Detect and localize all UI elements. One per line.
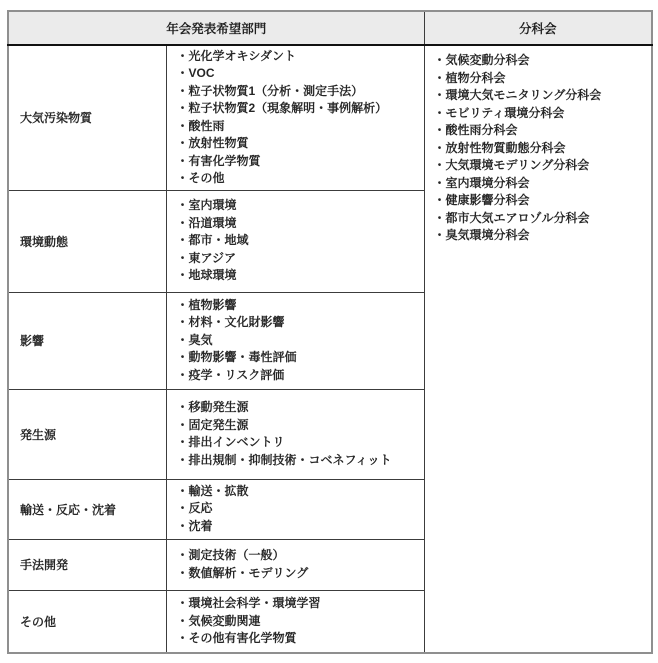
bullet-icon: ・ xyxy=(177,48,189,66)
items-cell: ・測定技術（一般） ・数値解析・モデリング xyxy=(166,539,424,590)
list-item: ・植物分科会 xyxy=(434,70,652,88)
item-label: 放射性物質 xyxy=(189,136,249,150)
subcommittee-label: モビリティ環境分科会 xyxy=(446,106,565,120)
list-item: ・材料・文化財影響 xyxy=(177,314,424,332)
category-label: 大気汚染物質 xyxy=(20,111,92,125)
category-label: 手法開発 xyxy=(20,558,68,572)
bullet-icon: ・ xyxy=(177,153,189,171)
item-label: 疫学・リスク評価 xyxy=(189,368,285,382)
list-item: ・移動発生源 xyxy=(177,399,424,417)
bullet-icon: ・ xyxy=(177,630,189,648)
bullet-icon: ・ xyxy=(177,267,189,285)
list-item: ・臭気環境分科会 xyxy=(434,227,652,245)
list-item: ・粒子状物質1（分析・測定手法） xyxy=(177,83,424,101)
bullet-icon: ・ xyxy=(434,157,446,175)
item-label: 材料・文化財影響 xyxy=(189,315,285,329)
bullet-icon: ・ xyxy=(177,547,189,565)
list-item: ・植物影響 xyxy=(177,297,424,315)
bullet-icon: ・ xyxy=(177,118,189,136)
bullet-icon: ・ xyxy=(177,332,189,350)
list-item: ・動物影響・毒性評価 xyxy=(177,349,424,367)
bullet-icon: ・ xyxy=(177,565,189,583)
list-item: ・都市大気エアロゾル分科会 xyxy=(434,210,652,228)
item-label: 粒子状物質2（現象解明・事例解析） xyxy=(189,101,388,115)
item-label: 環境社会科学・環境学習 xyxy=(189,596,321,610)
category-label: その他 xyxy=(20,615,56,629)
bullet-icon: ・ xyxy=(177,417,189,435)
bullet-icon: ・ xyxy=(177,367,189,385)
items-cell: ・輸送・拡散 ・反応 ・沈着 xyxy=(166,479,424,539)
item-label: 酸性雨 xyxy=(189,119,225,133)
item-label: 排出インベントリ xyxy=(189,435,285,449)
item-label: 移動発生源 xyxy=(189,400,249,414)
items-cell: ・移動発生源 ・固定発生源 ・排出インベントリ ・排出規制・抑制技術・コベネフィ… xyxy=(166,389,424,479)
bullet-icon: ・ xyxy=(177,483,189,501)
category-cell: 発生源 xyxy=(8,389,166,479)
items-cell: ・室内環境 ・沿道環境 ・都市・地域 ・東アジア ・地球環境 xyxy=(166,190,424,292)
list-item: ・その他 xyxy=(177,170,424,188)
category-label: 影響 xyxy=(20,334,44,348)
bullet-icon: ・ xyxy=(177,349,189,367)
item-label: 排出規制・抑制技術・コベネフィット xyxy=(189,453,392,467)
list-item: ・測定技術（一般） xyxy=(177,547,424,565)
table-row: 大気汚染物質 ・光化学オキシダント ・VOC ・粒子状物質1（分析・測定手法） … xyxy=(8,45,652,190)
item-label: 臭気 xyxy=(189,333,213,347)
list-item: ・酸性雨 xyxy=(177,118,424,136)
list-item: ・放射性物質 xyxy=(177,135,424,153)
list-item: ・モビリティ環境分科会 xyxy=(434,105,652,123)
bullet-icon: ・ xyxy=(434,122,446,140)
bullet-icon: ・ xyxy=(434,227,446,245)
list-item: ・室内環境 xyxy=(177,197,424,215)
list-item: ・排出規制・抑制技術・コベネフィット xyxy=(177,452,424,470)
subcommittee-label: 放射性物質動態分科会 xyxy=(446,141,566,155)
list-item: ・環境社会科学・環境学習 xyxy=(177,595,424,613)
bullet-icon: ・ xyxy=(177,595,189,613)
category-cell: 輸送・反応・沈着 xyxy=(8,479,166,539)
list-item: ・反応 xyxy=(177,500,424,518)
header-row: 年会発表希望部門 分科会 xyxy=(8,11,652,45)
list-item: ・有害化学物質 xyxy=(177,153,424,171)
bullet-icon: ・ xyxy=(177,135,189,153)
bullet-icon: ・ xyxy=(177,452,189,470)
list-item: ・健康影響分科会 xyxy=(434,192,652,210)
subcommittees-cell: ・気候変動分科会 ・植物分科会 ・環境大気モニタリング分科会 ・モビリティ環境分… xyxy=(424,45,652,653)
bullet-icon: ・ xyxy=(177,232,189,250)
item-label: 光化学オキシダント xyxy=(189,49,297,63)
bullet-icon: ・ xyxy=(177,100,189,118)
header-subcommittees: 分科会 xyxy=(424,11,652,45)
list-item: ・都市・地域 xyxy=(177,232,424,250)
list-item: ・環境大気モニタリング分科会 xyxy=(434,87,652,105)
items-cell: ・植物影響 ・材料・文化財影響 ・臭気 ・動物影響・毒性評価 ・疫学・リスク評価 xyxy=(166,292,424,389)
bullet-icon: ・ xyxy=(177,83,189,101)
list-item: ・放射性物質動態分科会 xyxy=(434,140,652,158)
subcommittee-label: 健康影響分科会 xyxy=(446,193,530,207)
item-label: 有害化学物質 xyxy=(189,154,261,168)
subcommittee-label: 気候変動分科会 xyxy=(446,53,530,67)
item-label: 沿道環境 xyxy=(189,216,237,230)
list-item: ・数値解析・モデリング xyxy=(177,565,424,583)
list-item: ・排出インベントリ xyxy=(177,434,424,452)
bullet-icon: ・ xyxy=(177,518,189,536)
item-label: 粒子状物質1（分析・測定手法） xyxy=(189,84,364,98)
list-item: ・粒子状物質2（現象解明・事例解析） xyxy=(177,100,424,118)
bullet-icon: ・ xyxy=(434,192,446,210)
item-label: 東アジア xyxy=(189,251,237,265)
bullet-icon: ・ xyxy=(177,613,189,631)
subcommittee-label: 環境大気モニタリング分科会 xyxy=(446,88,602,102)
item-label: その他有害化学物質 xyxy=(189,631,297,645)
list-item: ・沈着 xyxy=(177,518,424,536)
item-label: 輸送・拡散 xyxy=(189,484,249,498)
item-label: 固定発生源 xyxy=(189,418,249,432)
category-cell: 環境動態 xyxy=(8,190,166,292)
item-label: 都市・地域 xyxy=(189,233,249,247)
category-cell: 大気汚染物質 xyxy=(8,45,166,190)
list-item: ・東アジア xyxy=(177,250,424,268)
item-label: 反応 xyxy=(189,501,213,515)
category-cell: 影響 xyxy=(8,292,166,389)
category-label: 環境動態 xyxy=(20,235,68,249)
category-cell: その他 xyxy=(8,590,166,653)
item-label: 数値解析・モデリング xyxy=(189,566,309,580)
bullet-icon: ・ xyxy=(177,297,189,315)
bullet-icon: ・ xyxy=(434,175,446,193)
list-item: ・室内環境分科会 xyxy=(434,175,652,193)
list-item: ・輸送・拡散 xyxy=(177,483,424,501)
bullet-icon: ・ xyxy=(177,65,189,83)
bullet-icon: ・ xyxy=(434,210,446,228)
items-cell: ・光化学オキシダント ・VOC ・粒子状物質1（分析・測定手法） ・粒子状物質2… xyxy=(166,45,424,190)
category-label: 輸送・反応・沈着 xyxy=(20,503,116,517)
list-item: ・固定発生源 xyxy=(177,417,424,435)
item-label: VOC xyxy=(189,66,215,80)
bullet-icon: ・ xyxy=(177,170,189,188)
item-label: 測定技術（一般） xyxy=(189,548,285,562)
item-label: 植物影響 xyxy=(189,298,237,312)
subcommittee-label: 都市大気エアロゾル分科会 xyxy=(446,211,590,225)
category-label: 発生源 xyxy=(20,428,56,442)
list-item: ・地球環境 xyxy=(177,267,424,285)
category-cell: 手法開発 xyxy=(8,539,166,590)
list-item: ・VOC xyxy=(177,65,424,83)
list-item: ・気候変動分科会 xyxy=(434,52,652,70)
item-label: 沈着 xyxy=(189,519,213,533)
bullet-icon: ・ xyxy=(177,314,189,332)
bullet-icon: ・ xyxy=(177,215,189,233)
bullet-icon: ・ xyxy=(177,250,189,268)
subcommittee-label: 大気環境モデリング分科会 xyxy=(446,158,590,172)
item-label: 室内環境 xyxy=(189,198,237,212)
bullet-icon: ・ xyxy=(434,70,446,88)
list-item: ・酸性雨分科会 xyxy=(434,122,652,140)
bullet-icon: ・ xyxy=(177,500,189,518)
page: 年会発表希望部門 分科会 大気汚染物質 ・光化学オキシダント ・VOC ・粒子状… xyxy=(0,0,658,663)
bullet-icon: ・ xyxy=(434,52,446,70)
list-item: ・その他有害化学物質 xyxy=(177,630,424,648)
list-item: ・光化学オキシダント xyxy=(177,48,424,66)
list-item: ・疫学・リスク評価 xyxy=(177,367,424,385)
list-item: ・気候変動関連 xyxy=(177,613,424,631)
header-presentation-sections: 年会発表希望部門 xyxy=(8,11,424,45)
bullet-icon: ・ xyxy=(177,197,189,215)
bullet-icon: ・ xyxy=(177,434,189,452)
category-table: 年会発表希望部門 分科会 大気汚染物質 ・光化学オキシダント ・VOC ・粒子状… xyxy=(7,10,653,654)
subcommittee-label: 室内環境分科会 xyxy=(446,176,530,190)
items-cell: ・環境社会科学・環境学習 ・気候変動関連 ・その他有害化学物質 xyxy=(166,590,424,653)
subcommittee-label: 植物分科会 xyxy=(446,71,506,85)
bullet-icon: ・ xyxy=(177,399,189,417)
item-label: その他 xyxy=(189,171,225,185)
bullet-icon: ・ xyxy=(434,105,446,123)
item-label: 地球環境 xyxy=(189,268,237,282)
list-item: ・沿道環境 xyxy=(177,215,424,233)
subcommittee-label: 臭気環境分科会 xyxy=(446,228,530,242)
item-label: 気候変動関連 xyxy=(189,614,261,628)
subcommittee-label: 酸性雨分科会 xyxy=(446,123,518,137)
bullet-icon: ・ xyxy=(434,140,446,158)
bullet-icon: ・ xyxy=(434,87,446,105)
list-item: ・大気環境モデリング分科会 xyxy=(434,157,652,175)
list-item: ・臭気 xyxy=(177,332,424,350)
item-label: 動物影響・毒性評価 xyxy=(189,350,297,364)
